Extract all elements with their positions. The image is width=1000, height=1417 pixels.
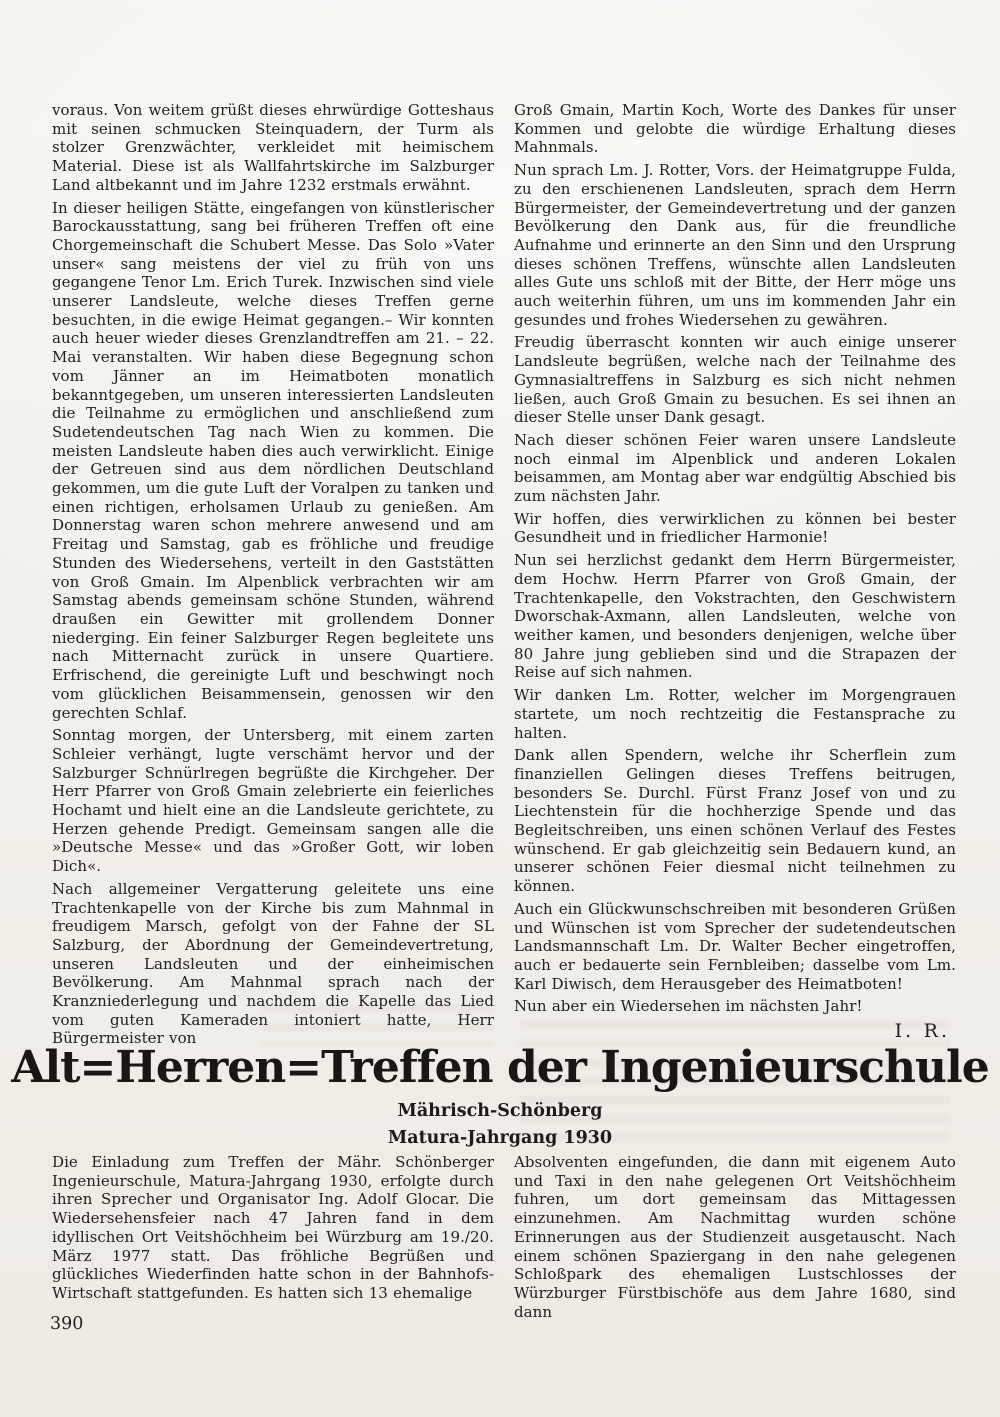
article1-left-column: voraus. Von weitem grüßt dieses ehrwürdi…: [52, 101, 494, 1052]
article1-paragraph: Dank allen Spendern, welche ihr Scherfle…: [514, 746, 956, 896]
article1-paragraph: Groß Gmain, Martin Koch, Worte des Danke…: [514, 101, 956, 157]
article1-paragraph: In dieser heiligen Stätte, eingefangen v…: [52, 199, 494, 723]
article2-paragraph: Absolventen eingefunden, die dann mit ei…: [514, 1153, 956, 1321]
article2-title: Alt=Herren=Treffen der Ingenieurschule: [0, 1044, 1000, 1092]
article1-paragraph: Nun sprach Lm. J. Rotter, Vors. der Heim…: [514, 161, 956, 329]
article1-paragraph: Nun aber ein Wiedersehen im nächsten Jah…: [514, 997, 956, 1016]
article1-right-column: Groß Gmain, Martin Koch, Worte des Danke…: [514, 101, 956, 1045]
article2-paragraph: Die Einladung zum Treffen der Mähr. Schö…: [52, 1153, 494, 1303]
article1-paragraph: Auch ein Glückwunschschreiben mit besond…: [514, 900, 956, 994]
article2-subtitle-year: Matura-Jahrgang 1930: [0, 1128, 1000, 1148]
article1-paragraph: voraus. Von weitem grüßt dieses ehrwürdi…: [52, 101, 494, 195]
article1-paragraph: Freudig überrascht konnten wir auch eini…: [514, 333, 956, 427]
article1-paragraph: Nach allgemeiner Vergatterung geleitete …: [52, 880, 494, 1048]
author-initials: I. R.: [514, 1022, 956, 1041]
article1-paragraph: Wir hoffen, dies verwirklichen zu können…: [514, 510, 956, 547]
article1-paragraph: Sonntag morgen, der Untersberg, mit eine…: [52, 726, 494, 876]
page-number: 390: [50, 1314, 83, 1334]
article1-paragraph: Nun sei herzlichst gedankt dem Herrn Bür…: [514, 551, 956, 682]
article2-subtitle-location: Mährisch-Schönberg: [0, 1101, 1000, 1121]
scanned-document-page: voraus. Von weitem grüßt dieses ehrwürdi…: [0, 0, 1000, 1417]
article1-paragraph: Wir danken Lm. Rotter, welcher im Morgen…: [514, 686, 956, 742]
article2-header: Alt=Herren=Treffen der Ingenieurschule M…: [0, 1044, 1000, 1148]
article2-left-column: Die Einladung zum Treffen der Mähr. Schö…: [52, 1153, 494, 1307]
article2-right-column: Absolventen eingefunden, die dann mit ei…: [514, 1153, 956, 1325]
article1-paragraph: Nach dieser schönen Feier waren unsere L…: [514, 431, 956, 506]
